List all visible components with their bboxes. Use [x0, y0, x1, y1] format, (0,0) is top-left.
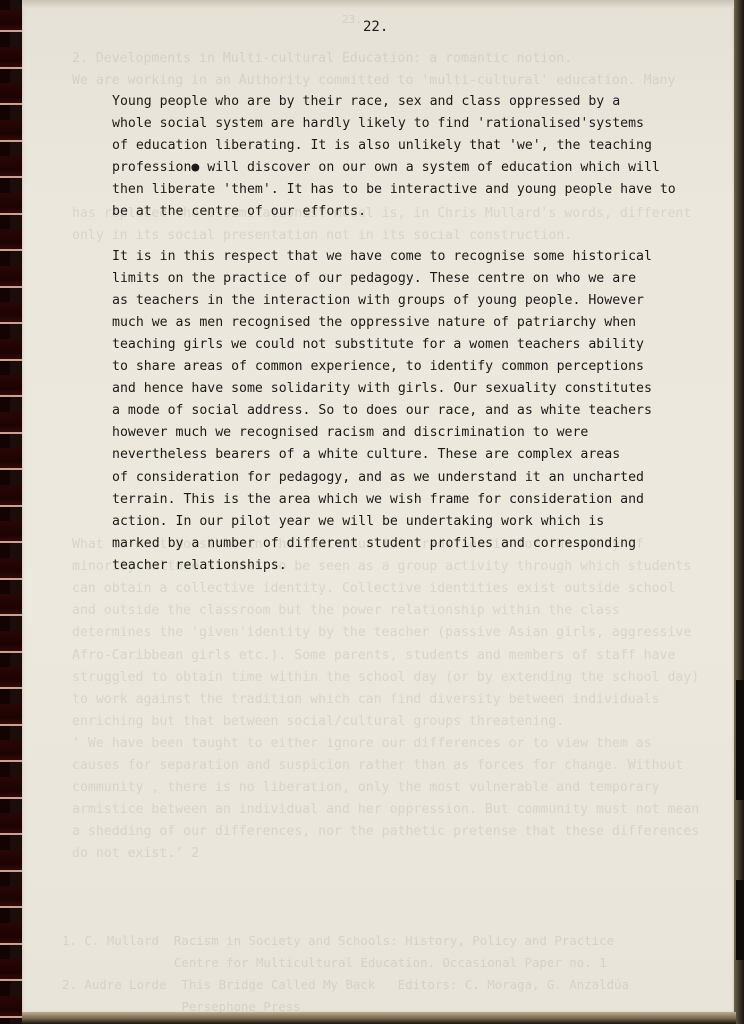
text-line: Young people who are by their race, sex …	[112, 91, 652, 113]
show-through-footnote: Persephone Press	[62, 996, 682, 1018]
text-line: action. In our pilot year we will be und…	[112, 511, 652, 533]
text-line: marked by a number of different student …	[112, 533, 652, 555]
text-line: limits on the practice of our pedagogy. …	[112, 268, 652, 290]
text-line: teaching girls we could not substitute f…	[112, 334, 652, 356]
page-top-edge	[22, 0, 736, 8]
show-through-footnote: 2. Audre Lorde This Bridge Called My Bac…	[62, 974, 682, 996]
text-line: to share areas of common experience, to …	[112, 356, 652, 378]
text-line: be at the centre of our efforts.	[112, 201, 652, 223]
paragraph-2: It is in this respect that we have come …	[112, 246, 652, 577]
text-line: a mode of social address. So to does our…	[112, 400, 652, 422]
text-line: much we as men recognised the oppressive…	[112, 312, 652, 334]
text-line: It is in this respect that we have come …	[112, 246, 652, 268]
paragraph-1: Young people who are by their race, sex …	[112, 91, 652, 224]
text-line: teacher relationships.	[112, 555, 652, 577]
show-through-footnote: Centre for Multicultural Education. Occa…	[62, 952, 682, 974]
show-through-footnote: 1. C. Mullard Racism in Society and Scho…	[62, 930, 682, 952]
text-line: whole social system are hardly likely to…	[112, 113, 652, 135]
show-through-footnotes: 1. C. Mullard Racism in Society and Scho…	[62, 930, 682, 1018]
text-line: however much we recognised racism and di…	[112, 422, 652, 444]
text-line: terrain. This is the area which we wish …	[112, 489, 652, 511]
text-line: nevertheless bearers of a white culture.…	[112, 444, 652, 466]
text-line: profession● will discover on our own a s…	[112, 157, 652, 179]
text-line: as teachers in the interaction with grou…	[112, 290, 652, 312]
page-number: 22.	[363, 19, 388, 35]
body-text: Young people who are by their race, sex …	[112, 91, 652, 577]
text-line: of consideration for pedagogy, and as we…	[112, 467, 652, 489]
text-line: of education liberating. It is also unli…	[112, 135, 652, 157]
page-right-edge	[734, 0, 744, 1024]
text-line: and hence have some solidarity with girl…	[112, 378, 652, 400]
show-through-page-number: 23.	[342, 13, 362, 26]
text-line: then liberate 'them'. It has to be inter…	[112, 179, 652, 201]
